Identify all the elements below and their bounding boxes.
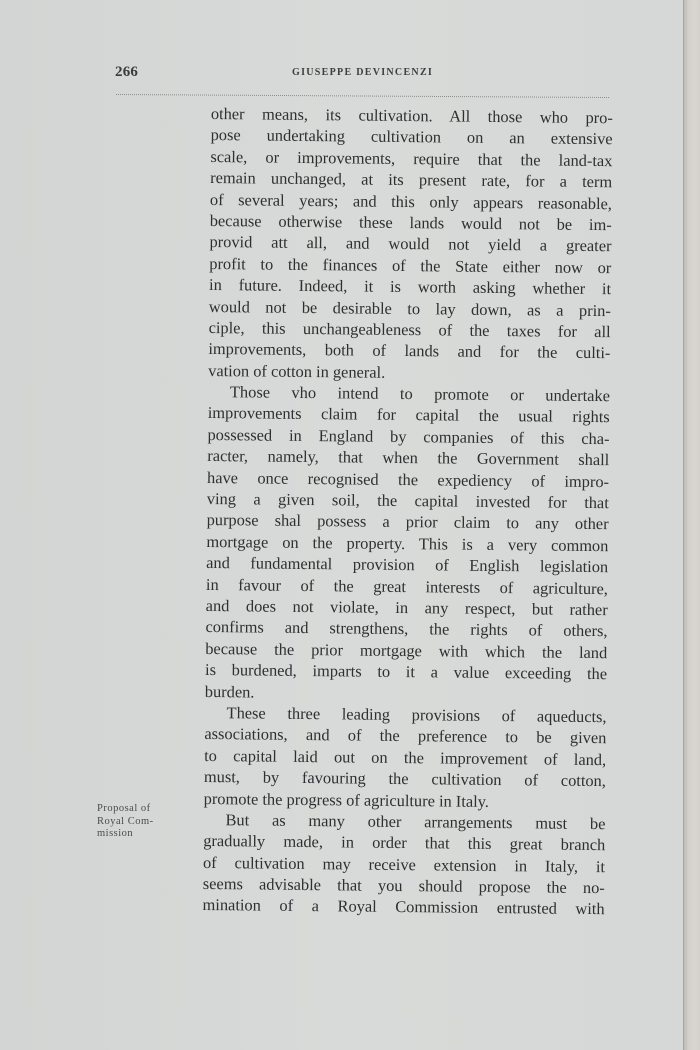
book-page: 266 GIUSEPPE DEVINCENZI Proposal ofRoyal… (0, 0, 683, 1050)
page-edge (683, 0, 700, 1050)
text-line: mination of a Royal Commission entrusted… (202, 894, 604, 920)
page-number: 266 (115, 64, 138, 81)
running-title: GIUSEPPE DEVINCENZI (292, 67, 433, 78)
text-line: is burdened, imparts to it a value excee… (205, 659, 607, 685)
header-rule (116, 94, 609, 98)
margin-note: Proposal ofRoyal Com-mission (97, 803, 197, 841)
margin-note-line: Proposal of (97, 803, 197, 816)
margin-note-line: mission (97, 828, 197, 841)
running-head: 266 GIUSEPPE DEVINCENZI (115, 64, 610, 84)
margin-note-line: Royal Com- (97, 816, 197, 829)
body-text: other means, its cultivation. All those … (202, 103, 612, 920)
